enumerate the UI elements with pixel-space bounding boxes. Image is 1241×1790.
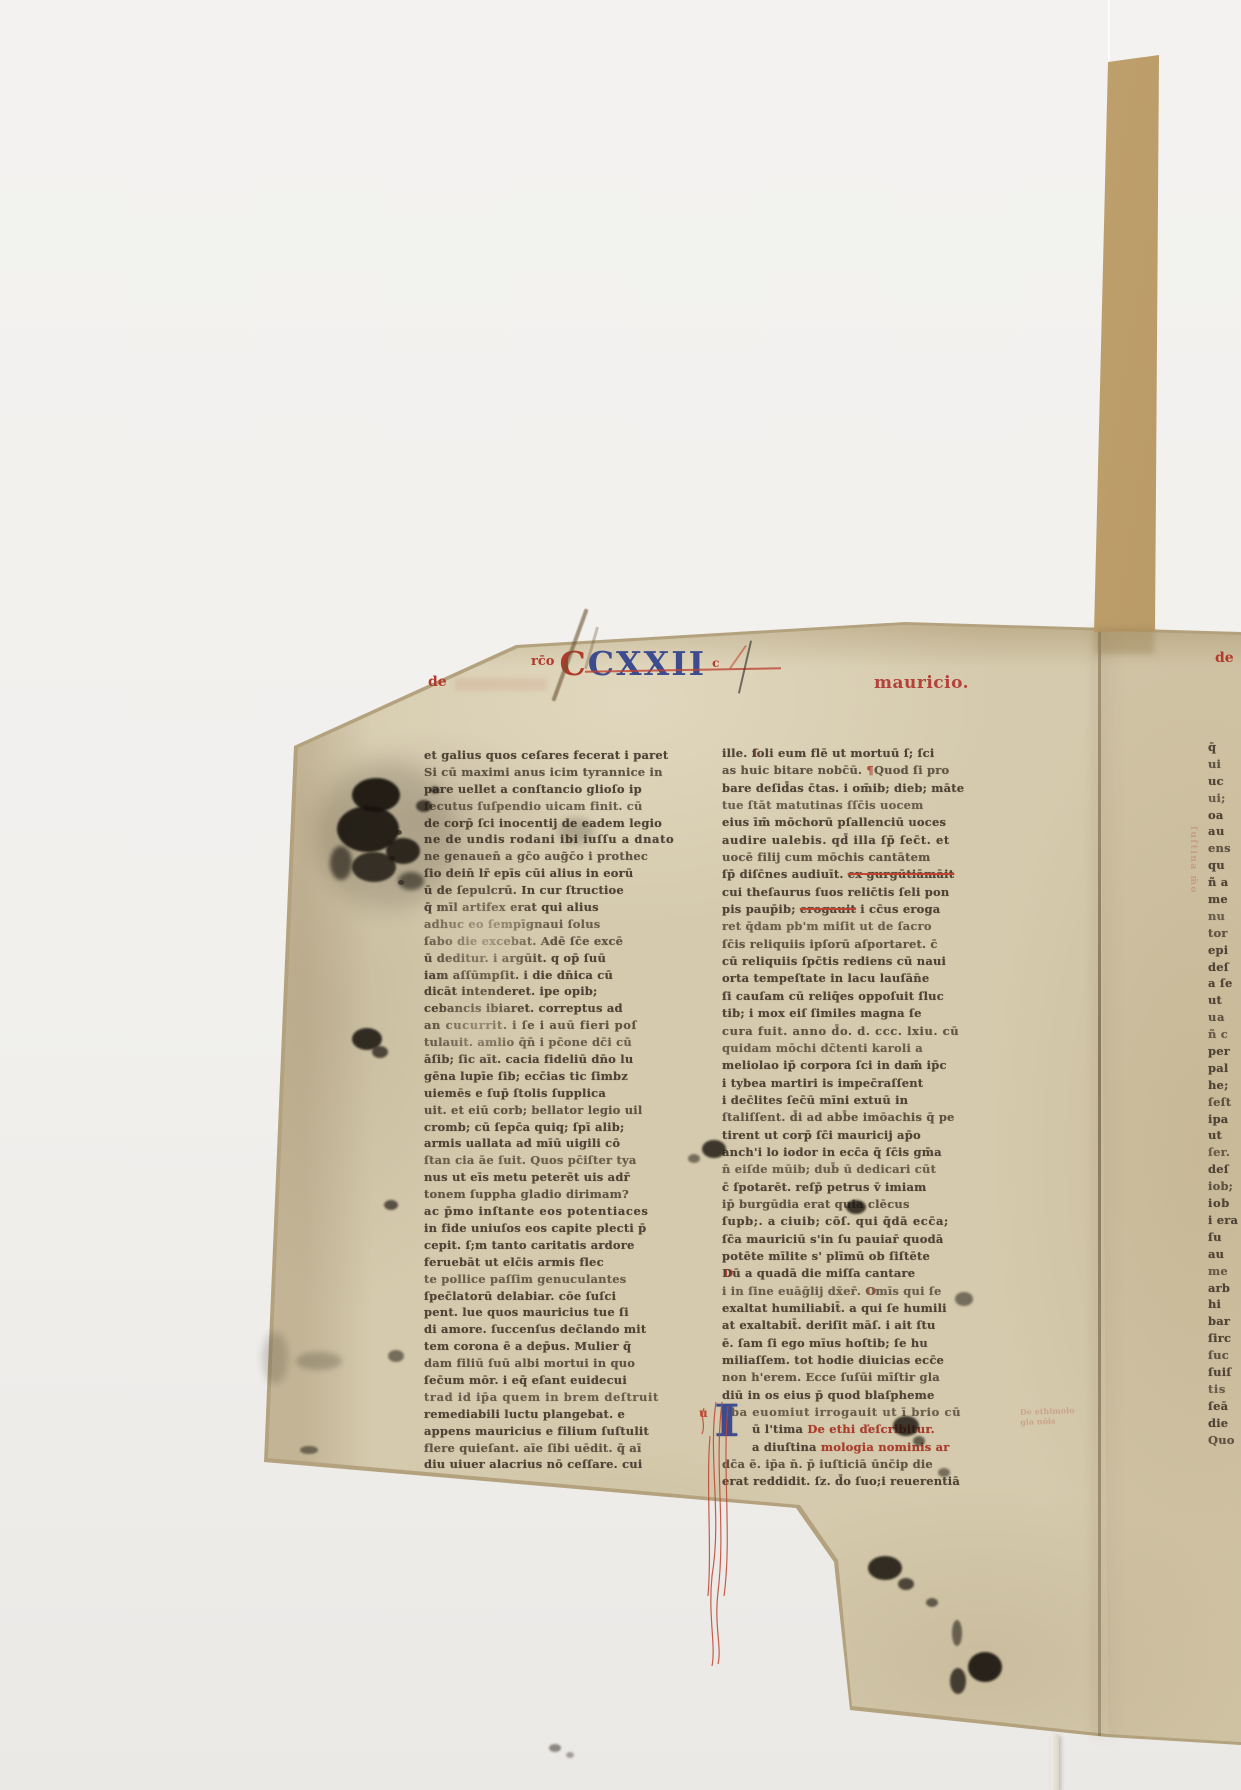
ink-stain: [868, 1556, 902, 1580]
worn-text-patch: [420, 878, 550, 998]
ink-stain: [549, 1744, 561, 1752]
ink-stain: [416, 800, 432, 812]
ink-stain: [950, 1668, 966, 1694]
ink-stain: [968, 1652, 1002, 1682]
ink-stain: [952, 1620, 962, 1646]
marginal-note-vertical: ſuſtina m̄o: [1188, 826, 1198, 894]
ink-stain: [330, 846, 352, 880]
ink-stain: [926, 1598, 938, 1607]
red-pen-flourish: [698, 1396, 742, 1670]
running-header-title: mauricio.: [874, 673, 969, 693]
ink-stain: [893, 1416, 919, 1436]
ink-stain: [558, 818, 594, 844]
running-header-right-page: de: [1215, 650, 1234, 666]
ink-stain: [430, 786, 440, 794]
ink-stain: [388, 1350, 404, 1362]
ink-stain: [396, 830, 402, 835]
ink-stain: [846, 1200, 866, 1214]
ink-stain: [702, 1140, 726, 1158]
ink-stain: [955, 1292, 973, 1306]
ink-stain: [938, 1468, 950, 1477]
strap-shadow-on-page: [1096, 628, 1154, 654]
folio-prefix: rc̄o: [531, 654, 554, 669]
ink-stain: [296, 1352, 342, 1370]
ink-stain: [688, 1154, 700, 1163]
ink-stain: [372, 1046, 388, 1058]
ink-stain: [384, 1200, 398, 1210]
ink-stain: [300, 1446, 318, 1454]
ink-stain: [898, 1578, 914, 1590]
running-header-left: de: [428, 674, 447, 690]
binding-crease: [1098, 628, 1101, 1736]
ink-stain: [913, 1436, 925, 1446]
ink-stain: [566, 1752, 574, 1758]
ink-stain: [390, 856, 395, 860]
ink-stain: [262, 1332, 288, 1384]
manuscript-photograph: de rc̄oCCXXIIc mauricio. de et galius qu…: [0, 0, 1241, 1790]
text-column-left: et galius quos ceſares fecerat i paretSi…: [424, 748, 692, 1474]
text-column-right: ille. ſoli eum flē ut mortuū ſ; ſcias hu…: [722, 746, 997, 1492]
parchment-strap-bottom: [1051, 1734, 1059, 1790]
ink-stain: [398, 880, 404, 885]
marginal-note: De ethimolo gia nōis: [1020, 1405, 1075, 1427]
worn-text-patch-2: [430, 985, 530, 1065]
marginal-note-line2: gia nōis: [1020, 1415, 1075, 1427]
adjacent-page-text-column: q̄uiucui;oaauensquñ amenutorepideſa ſeut…: [1208, 740, 1241, 1449]
